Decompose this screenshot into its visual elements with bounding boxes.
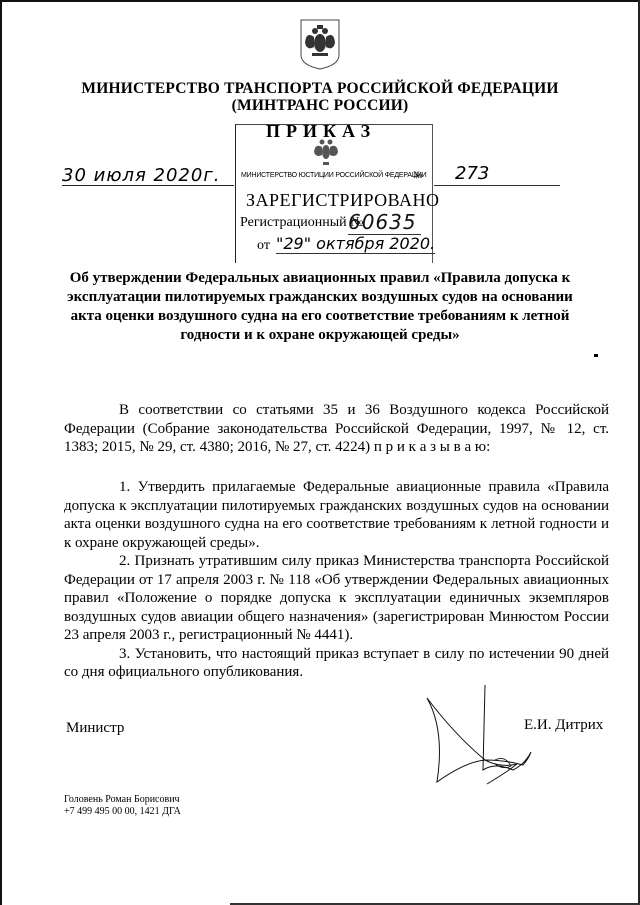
coat-of-arms-icon	[298, 17, 342, 71]
order-item-1: 1. Утвердить прилагаемые Федеральные ави…	[64, 478, 609, 552]
order-items: 1. Утвердить прилагаемые Федеральные ави…	[64, 478, 609, 682]
date-underline	[62, 185, 234, 186]
order-date: 30 июля 2020г.	[62, 165, 221, 186]
order-number: 273	[455, 163, 489, 184]
signer-title: Министр	[66, 720, 124, 737]
executor-phone: +7 499 495 00 00, 1421 ДГА	[64, 806, 181, 818]
registration-date-label: от	[257, 238, 270, 254]
scan-edge-left	[0, 0, 2, 905]
stamp-emblem-icon	[312, 135, 340, 167]
registration-date: "29" октября 2020.	[276, 234, 435, 254]
number-label: №	[413, 170, 423, 181]
registration-number: 60635	[348, 210, 421, 235]
order-item-2: 2. Признать утратившим силу приказ Минис…	[64, 552, 609, 645]
scan-edge-top	[0, 0, 640, 2]
signature-icon	[405, 680, 555, 790]
executor-name: Головень Роман Борисович	[64, 794, 181, 806]
number-underline	[434, 185, 560, 186]
stamp-ministry-text: МИНИСТЕРСТВО ЮСТИЦИИ РОССИЙСКОЙ ФЕДЕРАЦИ…	[241, 172, 426, 179]
executor-info: Головень Роман Борисович +7 499 495 00 0…	[64, 794, 181, 818]
document-page: МИНИСТЕРСТВО ТРАНСПОРТА РОССИЙСКОЙ ФЕДЕР…	[0, 0, 640, 905]
document-title: Об утверждении Федеральных авиационных п…	[60, 269, 580, 345]
ministry-short-name: (МИНТРАНС РОССИИ)	[0, 97, 640, 115]
signer-name: Е.И. Дитрих	[524, 717, 603, 734]
ministry-name: МИНИСТЕРСТВО ТРАНСПОРТА РОССИЙСКОЙ ФЕДЕР…	[0, 80, 640, 98]
order-item-3: 3. Установить, что настоящий приказ всту…	[64, 645, 609, 682]
registration-number-label: Регистрационный №	[240, 215, 364, 231]
scan-mark	[594, 354, 598, 357]
preamble-text: В соответствии со статьями 35 и 36 Возду…	[64, 401, 609, 457]
preamble: В соответствии со статьями 35 и 36 Возду…	[64, 401, 609, 457]
stamp-status: ЗАРЕГИСТРИРОВАНО	[246, 190, 440, 211]
